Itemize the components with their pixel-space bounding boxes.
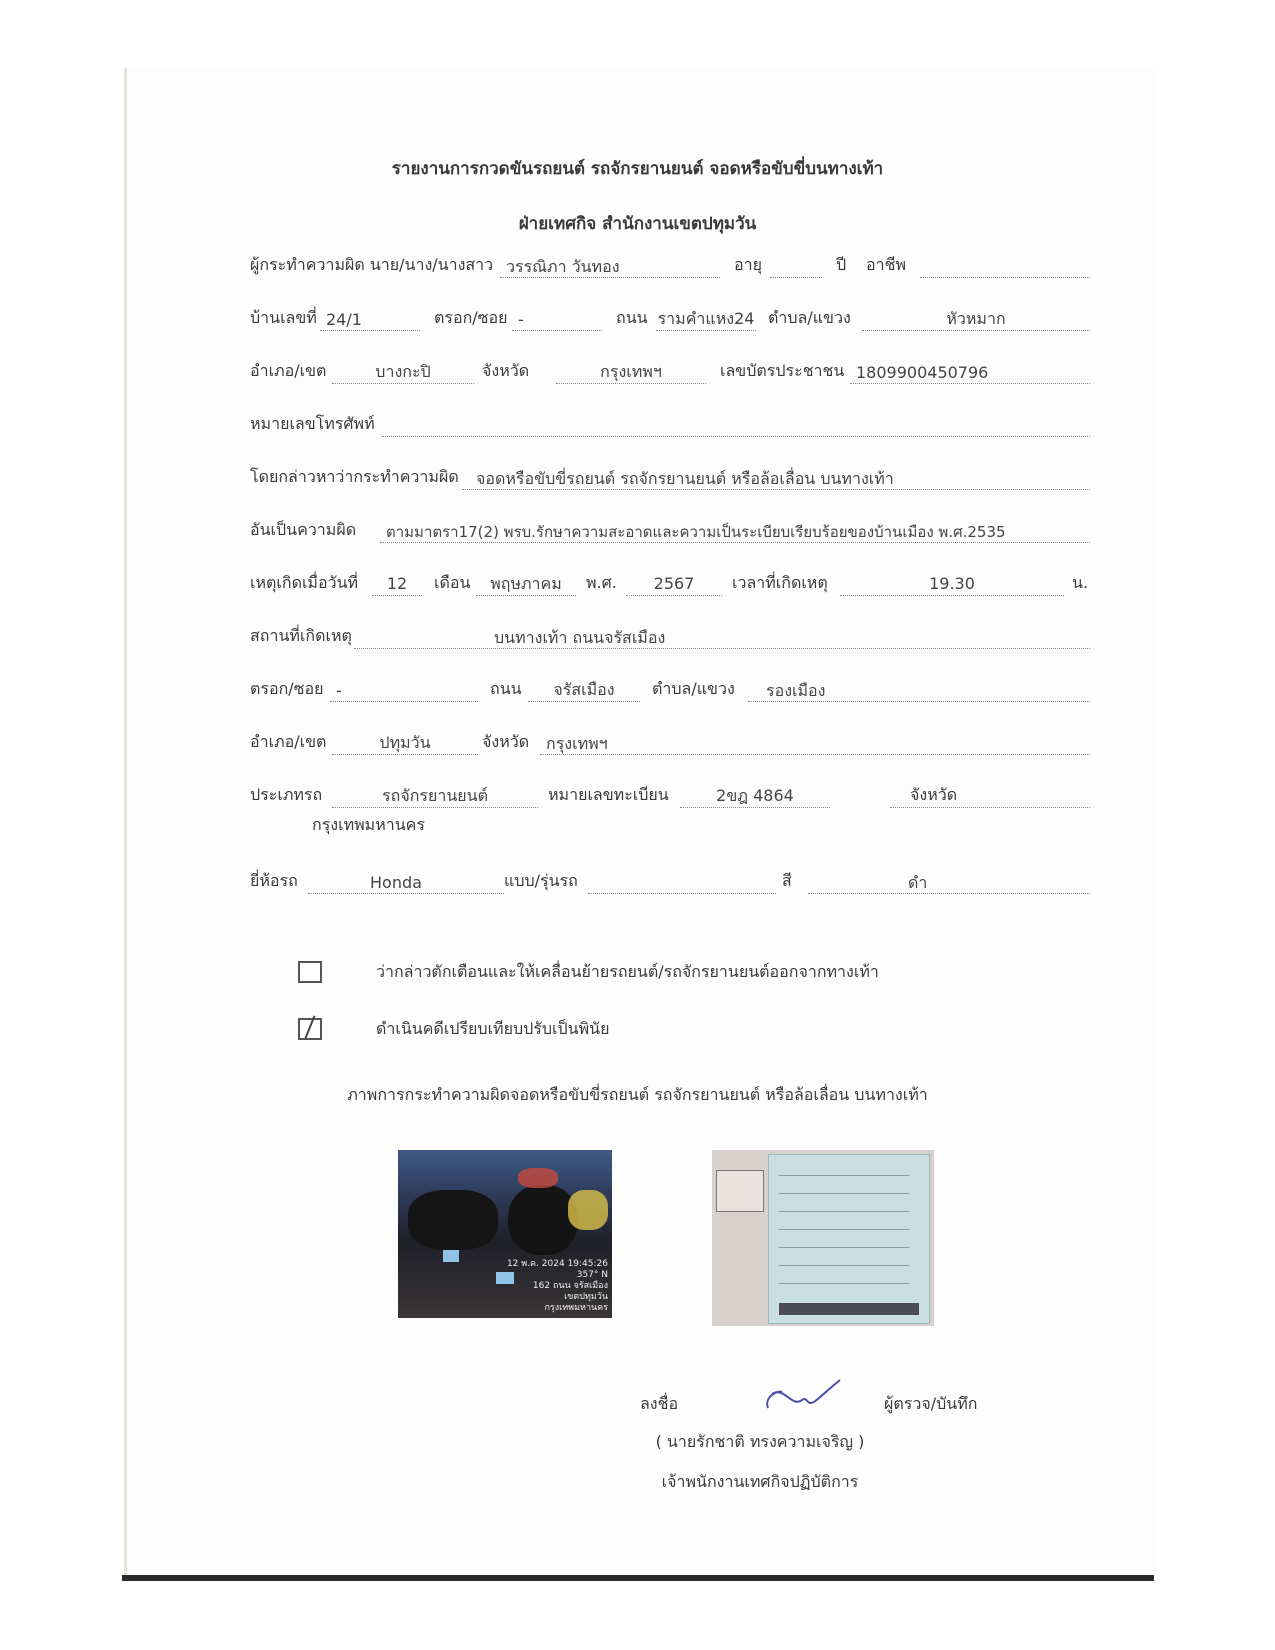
photo-caption: ภาพการกระทำความผิดจอดหรือขับขี่รถยนต์ รถ… [0,1083,1275,1108]
month-field[interactable]: พฤษภาคม [476,573,576,596]
signature-icon [762,1378,842,1414]
district-label: อำเภอ/เขต [250,359,326,384]
offender-name-field[interactable]: วรรณิภา วันทอง [500,256,720,278]
officer-name: ( นายรักชาติ ทรงความเจริญ ) [260,1430,1260,1455]
incident-district-field[interactable]: ปทุมวัน [332,732,478,755]
checkmark-icon [305,1015,316,1038]
vehicle-type-field[interactable]: รถจักรยานยนต์ [332,785,538,808]
road-label: ถนน [616,306,648,331]
accused-field[interactable]: จอดหรือขับขี่รถยนต์ รถจักรยานยนต์ หรือล้… [462,468,1090,490]
phone-row: หมายเลขโทรศัพท์ [250,411,1090,441]
incident-address-row-2: อำเภอ/เขต ปทุมวัน จังหวัด กรุงเทพฯ [250,729,1090,759]
age-field[interactable] [770,255,822,278]
address-row-2: อำเภอ/เขต บางกะปิ จังหวัด กรุงเทพฯ เลขบั… [250,358,1090,388]
role-label: ผู้ตรวจ/บันทึก [884,1392,977,1417]
incident-soi-field[interactable]: - [330,680,478,702]
incident-soi-label: ตรอก/ซอย [250,677,324,702]
incident-road-label: ถนน [490,677,522,702]
month-label: เดือน [434,571,470,596]
phone-label: หมายเลขโทรศัพท์ [250,412,375,437]
soi-field[interactable]: - [512,309,602,331]
time-unit-label: น. [1072,571,1088,596]
vehicle-row-1: ประเภทรถ รถจักรยานยนต์ หมายเลขทะเบียน 2ข… [250,782,1090,812]
incident-province-field[interactable]: กรุงเทพฯ [540,733,1090,755]
subdistrict-field[interactable]: หัวหมาก [862,308,1090,331]
soi-label: ตรอก/ซอย [434,306,508,331]
district-field[interactable]: บางกะปิ [332,361,474,384]
incident-date-row: เหตุเกิดเมื่อวันที่ 12 เดือน พฤษภาคม พ.ศ… [250,570,1090,600]
model-field[interactable] [588,871,776,894]
incident-subdistrict-field[interactable]: รองเมือง [748,680,1090,702]
province-label: จังหวัด [482,359,529,384]
occupation-label: อาชีพ [866,253,906,278]
province-field[interactable]: กรุงเทพฯ [556,361,706,384]
incident-subdistrict-label: ตำบล/แขวง [652,677,735,702]
place-label: สถานที่เกิดเหตุ [250,624,352,649]
sheet-bottom-edge [122,1575,1154,1581]
document-subtitle: ฝ่ายเทศกิจ สำนักงานเขตปทุมวัน [0,210,1275,237]
model-label: แบบ/รุ่นรถ [504,869,578,894]
sign-label: ลงชื่อ [640,1392,678,1417]
house-no-label: บ้านเลขที่ [250,306,317,331]
address-row-1: บ้านเลขที่ 24/1 ตรอก/ซอย - ถนน รามคำแหง2… [250,305,1090,335]
subdistrict-label: ตำบล/แขวง [768,306,851,331]
color-label: สี [782,869,792,894]
id-card-label: เลขบัตรประชาชน [720,359,844,384]
photo-timestamp-overlay: 12 พ.ค. 2024 19:45:26 357° N 162 ถนน จรั… [507,1259,608,1314]
place-row: สถานที่เกิดเหตุ บนทางเท้า ถนนจรัสเมือง [250,623,1090,653]
house-no-field[interactable]: 24/1 [320,309,420,331]
fine-option-label: ดำเนินคดีเปรียบเทียบปรับเป็นพินัย [376,1017,609,1042]
brand-label: ยี่ห้อรถ [250,869,298,894]
incident-address-row-1: ตรอก/ซอย - ถนน จรัสเมือง ตำบล/แขวง รองเม… [250,676,1090,706]
incident-road-field[interactable]: จรัสเมือง [528,679,640,702]
plate-label: หมายเลขทะเบียน [548,783,669,808]
accused-row: โดยกล่าวหาว่ากระทำความผิด จอดหรือขับขี่ร… [250,464,1090,494]
vehicle-row-2: ยี่ห้อรถ Honda แบบ/รุ่นรถ สี ดำ [250,868,1090,898]
time-field[interactable]: 19.30 [840,573,1064,596]
ticket-photo [712,1150,934,1326]
year-be-label: พ.ศ. [586,571,617,596]
vehicle-province-continuation: กรุงเทพมหานคร [312,812,1152,842]
warn-checkbox[interactable] [298,961,322,983]
day-field[interactable]: 12 [372,573,422,596]
law-field[interactable]: ตามมาตรา17(2) พรบ.รักษาความสะอาดและความเ… [380,521,1090,543]
road-field[interactable]: รามคำแหง24 [656,308,756,331]
law-label: อันเป็นความผิด [250,518,356,543]
date-label: เหตุเกิดเมื่อวันที่ [250,571,358,596]
vehicle-province-value: กรุงเทพมหานคร [312,813,425,838]
vehicle-type-label: ประเภทรถ [250,783,322,808]
plate-field[interactable]: 2ขฎ 4864 [680,785,830,808]
accused-label: โดยกล่าวหาว่ากระทำความผิด [250,465,459,490]
phone-field[interactable] [382,414,1090,437]
offender-row: ผู้กระทำความผิด นาย/นาง/นางสาว วรรณิภา ว… [250,252,1090,282]
warn-option-label: ว่ากล่าวตักเตือนและให้เคลื่อนย้ายรถยนต์/… [376,960,879,985]
law-row: อันเป็นความผิด ตามมาตรา17(2) พรบ.รักษาคว… [250,517,1090,547]
incident-province-label: จังหวัด [482,730,529,755]
incident-district-label: อำเภอ/เขต [250,730,326,755]
brand-field[interactable]: Honda [308,872,504,894]
id-card-field[interactable]: 1809900450796 [850,362,1090,384]
fine-checkbox[interactable] [298,1018,322,1040]
age-label: อายุ [734,253,762,278]
year-field[interactable]: 2567 [626,573,722,596]
year-label: ปี [836,253,846,278]
place-field[interactable]: บนทางเท้า ถนนจรัสเมือง [354,627,1090,649]
document-title: รายงานการกวดขันรถยนต์ รถจักรยานยนต์ จอดห… [0,155,1275,182]
vehicle-province-line [890,785,1090,808]
time-label: เวลาที่เกิดเหตุ [732,571,828,596]
color-field[interactable]: ดำ [808,872,1090,894]
offender-label: ผู้กระทำความผิด นาย/นาง/นางสาว [250,253,493,278]
officer-position: เจ้าพนักงานเทศกิจปฏิบัติการ [260,1470,1260,1495]
violation-photo: 12 พ.ค. 2024 19:45:26 357° N 162 ถนน จรั… [398,1150,612,1318]
occupation-field[interactable] [920,255,1090,278]
